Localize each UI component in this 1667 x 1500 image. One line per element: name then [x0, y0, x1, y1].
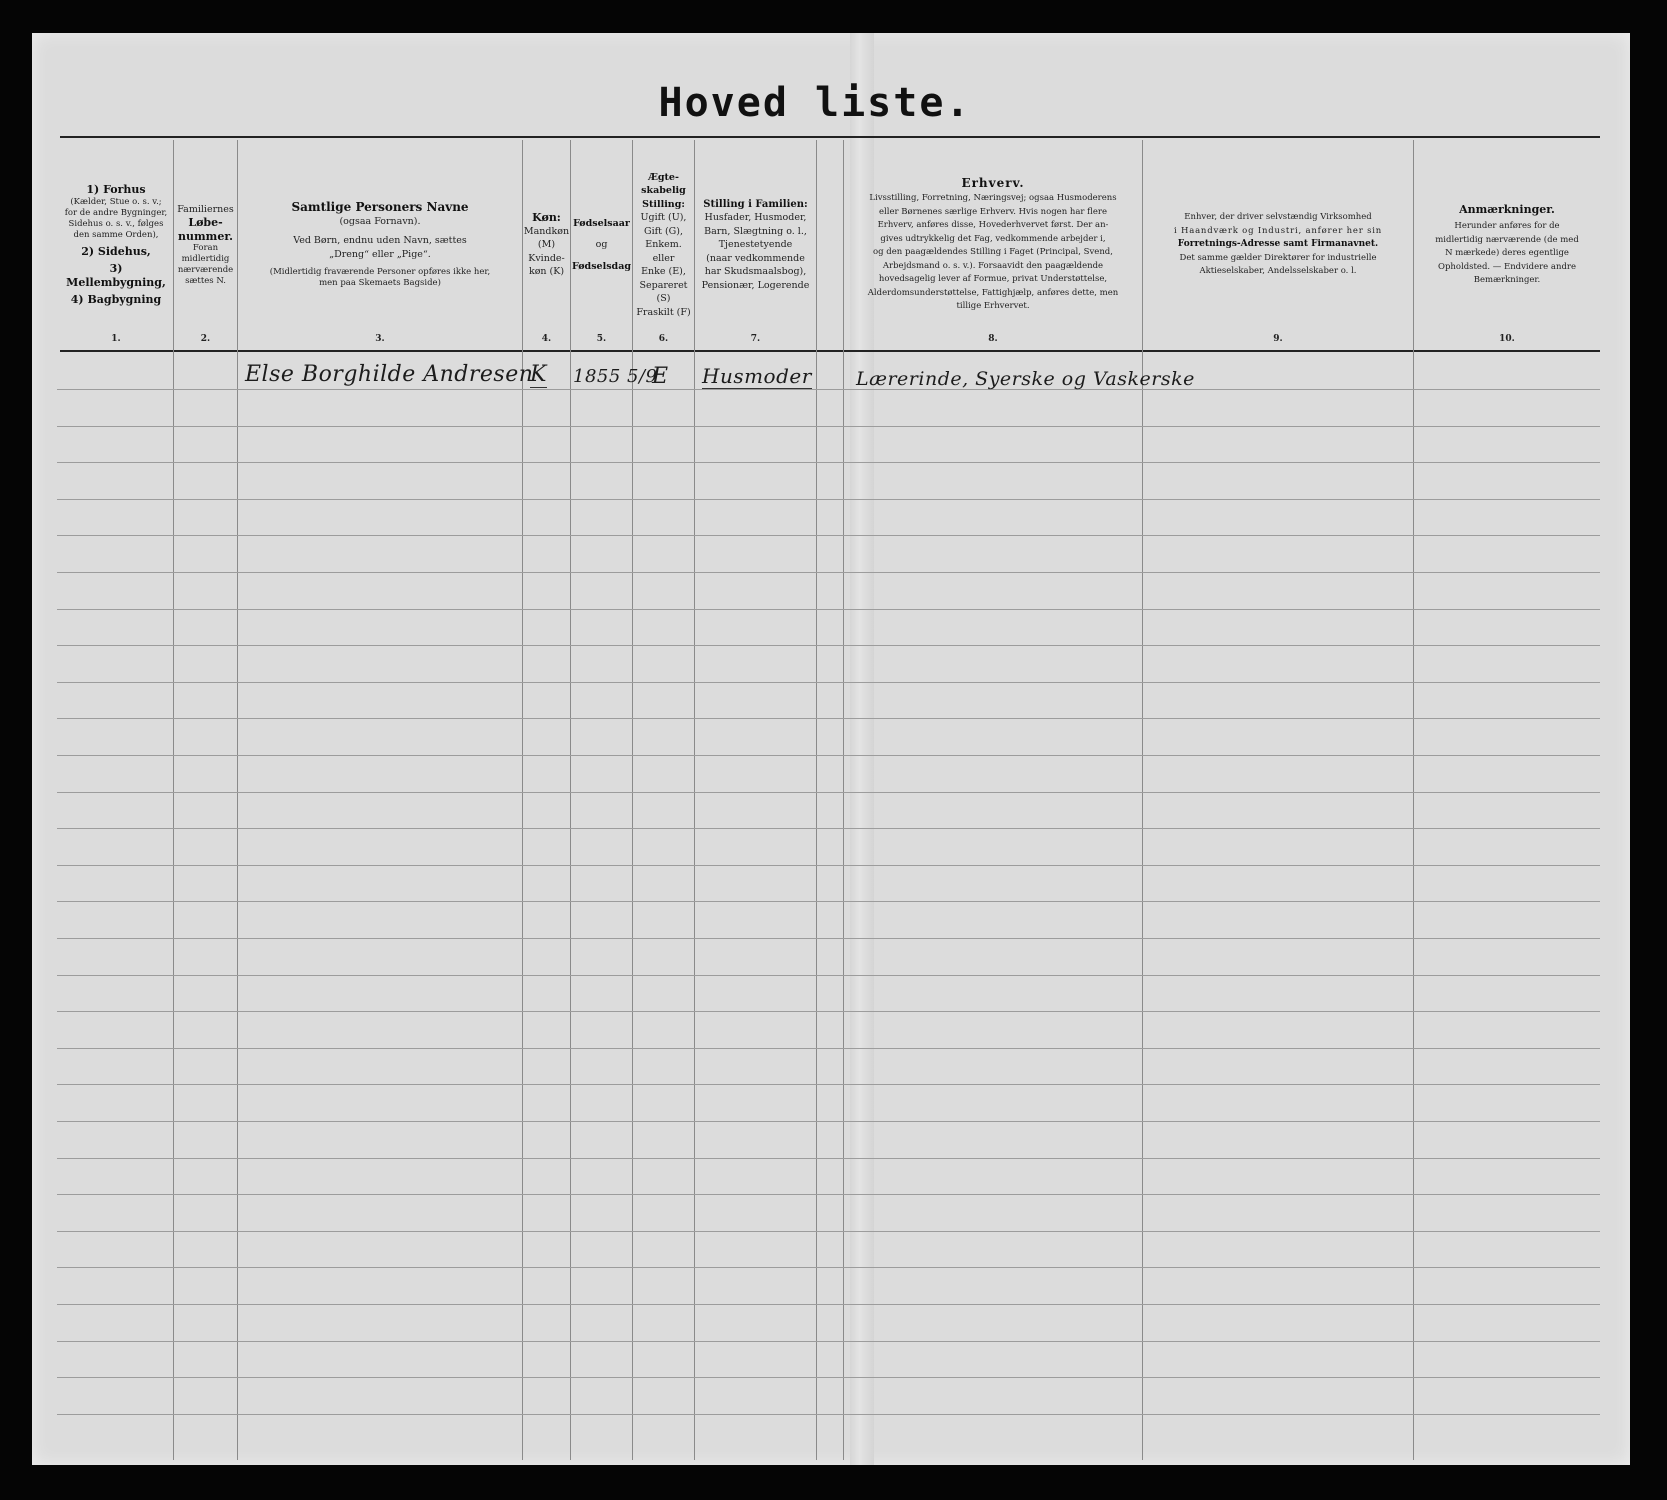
column-number: 2. [174, 334, 237, 344]
entry-sex: K [530, 362, 547, 388]
header-text: 4) Bagbygning [60, 293, 172, 307]
row-line [57, 462, 1600, 463]
column-divider [816, 140, 817, 1460]
header-text: (Midlertidig fraværende Personer opføres… [238, 267, 522, 278]
header-text: Tjenestetyende [695, 238, 816, 252]
row-line [57, 1121, 1600, 1122]
row-line [57, 901, 1600, 902]
header-text: (S) [633, 292, 694, 306]
header-text: Fødselsdag [571, 260, 632, 274]
header-text: Fraskilt (F) [633, 306, 694, 320]
entry-birth: 1855 5/9 [573, 366, 658, 387]
header-text: og [571, 238, 632, 252]
row-line [57, 499, 1600, 500]
header-text: Enke (E), [633, 265, 694, 279]
row-line [57, 938, 1600, 939]
header-text: nummer. [174, 230, 237, 244]
header-col-1: 1) Forhus (Kælder, Stue o. s. v.; for de… [60, 150, 172, 340]
header-text: 3) Mellembygning, [60, 262, 172, 289]
header-text: Stilling i Familien: [695, 198, 816, 212]
header-col-5: Fødselsaar og Fødselsdag [571, 150, 632, 340]
column-number: 6. [633, 334, 694, 344]
header-col-9: Enhver, der driver selvstændig Virksomhe… [1143, 150, 1413, 340]
row-line [57, 1341, 1600, 1342]
header-text: køn (K) [523, 265, 570, 279]
header-text: Opholdsted. — Endvidere andre [1414, 261, 1600, 275]
row-line [57, 1377, 1600, 1378]
header-text: den samme Orden), [60, 230, 172, 241]
row-line [57, 682, 1600, 683]
header-text: N mærkede) deres egentlige [1414, 247, 1600, 261]
header-text: Erhverv, anføres disse, Hovederhvervet f… [846, 219, 1140, 233]
header-text: (ogsaa Fornavn). [238, 215, 522, 229]
header-text: Samtlige Personers Navne [238, 201, 522, 215]
header-text: skabelig [633, 184, 694, 198]
header-text: Familiernes [174, 203, 237, 217]
header-text: Aktieselskaber, Andelsselskaber o. l. [1143, 265, 1413, 279]
header-text: Køn: [523, 211, 570, 225]
row-line [57, 609, 1600, 610]
header-text: sættes N. [174, 276, 237, 287]
header-text: Alderdomsunderstøttelse, Fattighjælp, an… [846, 287, 1140, 301]
header-text: (M) [523, 238, 570, 252]
column-number: 7. [695, 334, 816, 344]
header-text: Livsstilling, Forretning, Næringsvej; og… [846, 192, 1140, 206]
header-text: Arbejdsmand o. s. v.). Forsaavidt den pa… [846, 260, 1140, 274]
column-number: 8. [846, 334, 1140, 344]
row-line [57, 1304, 1600, 1305]
header-text: Stilling: [633, 198, 694, 212]
header-text: „Dreng“ eller „Pige“. [238, 248, 522, 262]
row-line [57, 1011, 1600, 1012]
header-col-2: Familiernes Løbe- nummer. Foran midlerti… [174, 150, 237, 340]
header-text: i Haandværk og Industri, anfører her sin [1143, 225, 1413, 239]
header-col-6: Ægte- skabelig Stilling: Ugift (U), Gift… [633, 150, 694, 340]
form-title: Hoved liste. [0, 80, 1630, 126]
row-line [57, 1084, 1600, 1085]
header-text: midlertidig [174, 254, 237, 265]
header-bottom-rule [60, 350, 1600, 352]
header-text: for de andre Bygninger, [60, 208, 172, 219]
column-number: 9. [1143, 334, 1413, 344]
header-text: Separeret [633, 279, 694, 293]
row-line [57, 865, 1600, 866]
column-number: 1. [60, 334, 172, 344]
entry-occupation: Lærerinde, Syerske og Vaskerske [856, 368, 1195, 390]
row-line [57, 792, 1600, 793]
header-text: nærværende [174, 265, 237, 276]
header-text: Gift (G), [633, 225, 694, 239]
row-line [57, 645, 1600, 646]
header-text: Anmærkninger. [1414, 203, 1600, 217]
header-text: Herunder anføres for de [1414, 220, 1600, 234]
header-text: 1) Forhus [60, 183, 172, 197]
row-line [57, 1414, 1600, 1415]
header-text: tillige Erhvervet. [846, 300, 1140, 314]
header-text: Ugift (U), [633, 211, 694, 225]
entry-family-position: Husmoder [702, 364, 812, 389]
header-text: Ægte- [633, 171, 694, 185]
row-line [57, 1048, 1600, 1049]
row-line [57, 1194, 1600, 1195]
header-text: Barn, Slægtning o. l., [695, 225, 816, 239]
row-line [57, 426, 1600, 427]
header-text: eller Børnenes særlige Erhverv. Hvis nog… [846, 206, 1140, 220]
column-number: 3. [238, 334, 522, 344]
header-text: har Skudsmaalsbog), [695, 265, 816, 279]
entry-marital-status: E [652, 364, 669, 389]
column-divider [843, 140, 844, 1460]
row-line [57, 755, 1600, 756]
header-text: Kvinde- [523, 252, 570, 266]
row-line [57, 975, 1600, 976]
header-col-7: Stilling i Familien: Husfader, Husmoder,… [695, 150, 816, 340]
header-text: Husfader, Husmoder, [695, 211, 816, 225]
row-line [57, 572, 1600, 573]
entry-name: Else Borghilde Andresen [245, 362, 533, 387]
header-text: Det samme gælder Direktører for industri… [1143, 252, 1413, 266]
row-line [57, 389, 1600, 390]
header-text: Fødselsaar [571, 217, 632, 231]
header-text: Sidehus o. s. v., følges [60, 219, 172, 230]
header-text: Enkem. eller [633, 238, 694, 265]
header-text: Forretnings-Adresse samt Firmanavnet. [1143, 238, 1413, 252]
header-col-8: Erhverv. Livsstilling, Forretning, Nærin… [846, 150, 1140, 340]
header-text: (Kælder, Stue o. s. v.; [60, 197, 172, 208]
header-text: Enhver, der driver selvstændig Virksomhe… [1143, 211, 1413, 225]
header-text: midlertidig nærværende (de med [1414, 234, 1600, 248]
header-text: Ved Børn, endnu uden Navn, sættes [238, 234, 522, 248]
header-text: Foran [174, 243, 237, 254]
row-line [57, 1158, 1600, 1159]
header-col-10: Anmærkninger. Herunder anføres for de mi… [1414, 150, 1600, 340]
row-line [57, 1231, 1600, 1232]
header-text: Løbe- [174, 216, 237, 230]
header-text: 2) Sidehus, [60, 245, 172, 259]
header-text: men paa Skemaets Bagside) [238, 278, 522, 289]
row-line [57, 718, 1600, 719]
row-line [57, 1267, 1600, 1268]
header-text: (naar vedkommende [695, 252, 816, 266]
header-text: Mandkøn [523, 225, 570, 239]
header-text: Pensionær, Logerende [695, 279, 816, 293]
header-col-3: Samtlige Personers Navne (ogsaa Fornavn)… [238, 150, 522, 340]
header-text: Bemærkninger. [1414, 274, 1600, 288]
row-line [57, 828, 1600, 829]
column-number: 5. [571, 334, 632, 344]
header-text: hovedsagelig lever af Formue, privat Und… [846, 273, 1140, 287]
header-col-4: Køn: Mandkøn (M) Kvinde- køn (K) [523, 150, 570, 340]
header-text: gives udtrykkelig det Fag, vedkommende a… [846, 233, 1140, 247]
column-number: 4. [523, 334, 570, 344]
header-top-rule [60, 136, 1600, 138]
row-line [57, 535, 1600, 536]
column-number: 10. [1414, 334, 1600, 344]
header-text: og den paagældendes Stilling i Faget (Pr… [846, 246, 1140, 260]
header-text: Erhverv. [846, 177, 1140, 191]
